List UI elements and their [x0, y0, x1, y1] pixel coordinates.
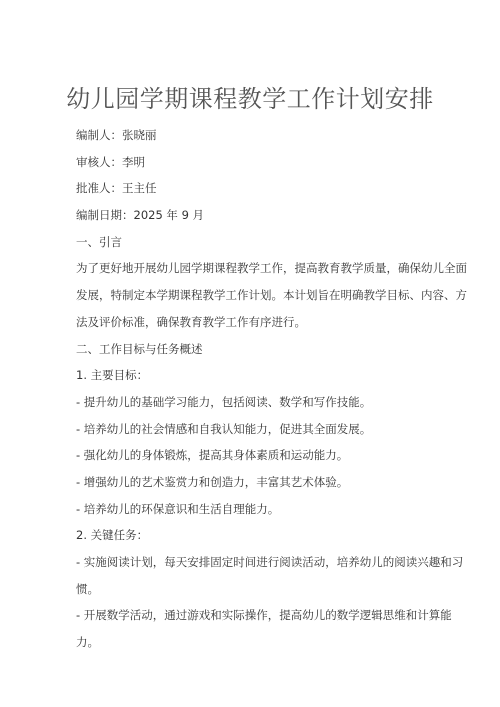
- paragraph-line: 法及评价标准，确保教育教学工作有序进行。: [76, 309, 426, 336]
- document-body: 编制人：张晓丽 审核人：李明 批准人：王主任 编制日期：2025 年 9 月 一…: [76, 122, 426, 656]
- list-item-continuation: 力。: [76, 629, 426, 656]
- list-item: - 实施阅读计划，每天安排固定时间进行阅读活动，培养幼儿的阅读兴趣和习: [76, 549, 426, 576]
- list-item-continuation: 惯。: [76, 576, 426, 603]
- list-item: - 培养幼儿的环保意识和生活自理能力。: [76, 496, 426, 523]
- list-item: - 培养幼儿的社会情感和自我认知能力，促进其全面发展。: [76, 416, 426, 443]
- list-item: - 强化幼儿的身体锻炼，提高其身体素质和运动能力。: [76, 442, 426, 469]
- document-title: 幼儿园学期课程教学工作计划安排: [0, 82, 500, 116]
- section-heading-goals-tasks: 二、工作目标与任务概述: [76, 336, 426, 363]
- list-item: - 增强幼儿的艺术鉴赏力和创造力，丰富其艺术体验。: [76, 469, 426, 496]
- author-line: 编制人：张晓丽: [76, 122, 426, 149]
- subheading-key-tasks: 2. 关键任务：: [76, 522, 426, 549]
- document-page: 幼儿园学期课程教学工作计划安排 编制人：张晓丽 审核人：李明 批准人：王主任 编…: [0, 0, 500, 707]
- reviewer-line: 审核人：李明: [76, 149, 426, 176]
- paragraph-line: 发展，特制定本学期课程教学工作计划。本计划旨在明确教学目标、内容、方: [76, 282, 426, 309]
- date-line: 编制日期：2025 年 9 月: [76, 202, 426, 229]
- approver-line: 批准人：王主任: [76, 175, 426, 202]
- paragraph-line: 为了更好地开展幼儿园学期课程教学工作，提高教育教学质量，确保幼儿全面: [76, 255, 426, 282]
- list-item: - 提升幼儿的基础学习能力，包括阅读、数学和写作技能。: [76, 389, 426, 416]
- section-heading-introduction: 一、引言: [76, 229, 426, 256]
- subheading-main-goals: 1. 主要目标：: [76, 362, 426, 389]
- list-item: - 开展数学活动，通过游戏和实际操作，提高幼儿的数学逻辑思维和计算能: [76, 602, 426, 629]
